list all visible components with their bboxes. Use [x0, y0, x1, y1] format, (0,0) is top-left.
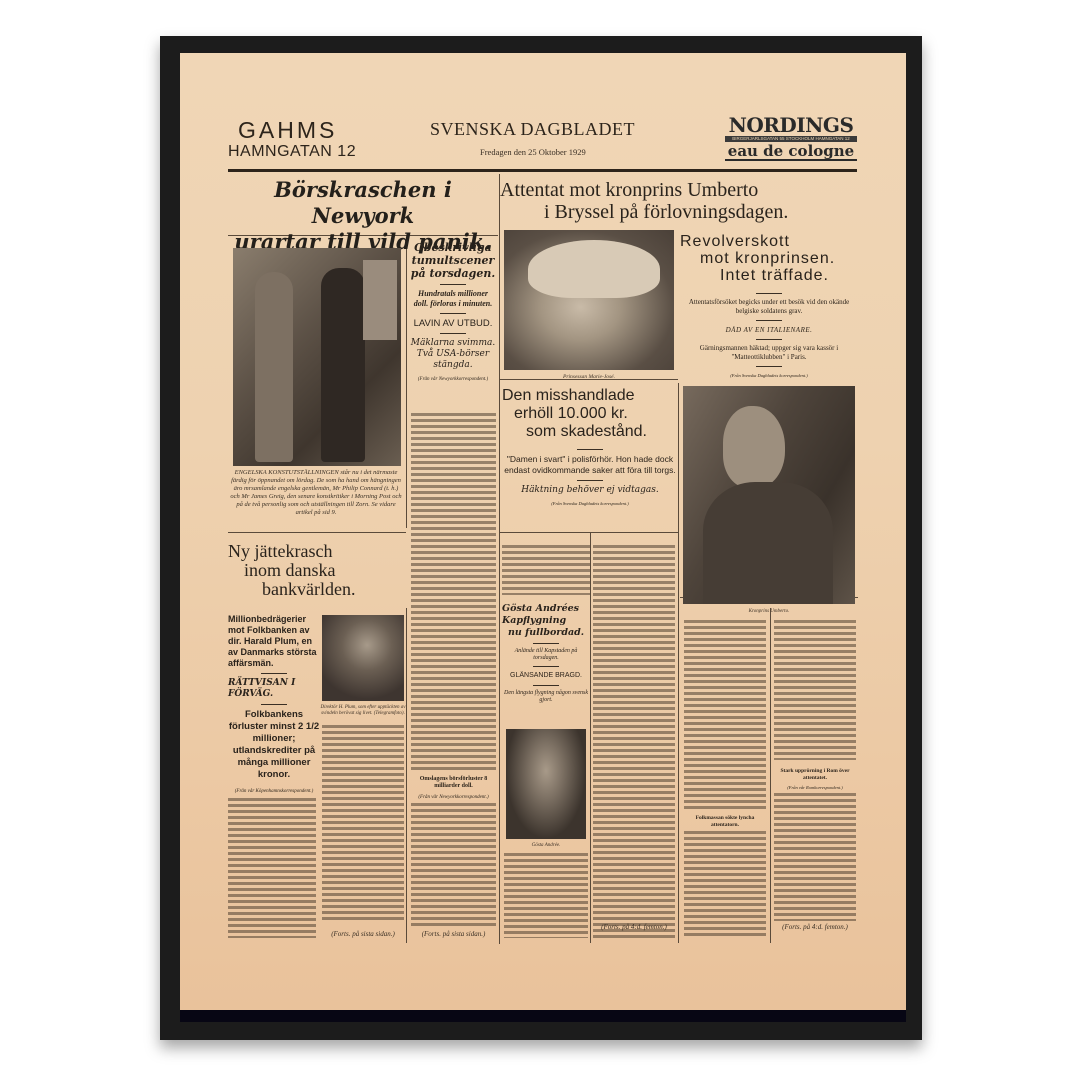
danish-subhead-1: Millionbedrägerier mot Folkbanken av dir…	[228, 614, 320, 669]
attentat-subhead-3: Gärningsmannen häktad; uppger sig vara k…	[680, 344, 858, 362]
left-ad-subtitle: HAMNGATAN 12	[228, 143, 356, 161]
crash-subhead-2: Hundratals millioner doll. förloras i mi…	[410, 289, 496, 309]
photo-crown-prince-umberto	[683, 386, 855, 604]
divider	[756, 293, 782, 294]
masthead-rule	[228, 169, 857, 172]
attentat-body-text-4	[774, 793, 856, 921]
column-divider	[499, 174, 500, 944]
attentat-body-text-3	[684, 831, 766, 936]
newspaper-page: GAHMS HAMNGATAN 12 SVENSKA DAGBLADET Fre…	[180, 53, 906, 1010]
section-rule	[228, 532, 406, 533]
damages-subhead-1: "Damen i svart" i polisförhör. Hon hade …	[502, 454, 678, 476]
crash-subhead-4: Mäklarna svimma. Två USA-börser stängda.	[410, 338, 496, 371]
attentat-subhead-2: DÅD AV EN ITALIENARE.	[680, 325, 858, 335]
headline-line: Kapflygning	[502, 615, 590, 627]
newspaper-title: SVENSKA DAGBLADET	[430, 119, 635, 140]
photo-art-exhibition	[233, 248, 401, 466]
photo-caption-princess: Prinsessan Marie-José.	[504, 373, 674, 381]
attentat-continued: (Forts. på 4:d. femton.)	[774, 923, 856, 931]
photo-gosta-andree	[506, 729, 586, 839]
damages-subheads: "Damen i svart" i polisförhör. Hon hade …	[502, 445, 678, 509]
headline-line: Den misshandlade	[502, 387, 678, 405]
column-divider	[770, 608, 771, 943]
crash-subhead-3: LAVIN AV UTBUD.	[410, 318, 496, 329]
divider	[440, 284, 466, 285]
damages-body-text-2	[593, 545, 675, 940]
headline-line: bankvärlden.	[228, 580, 404, 599]
headline-line: erhöll 10.000 kr.	[502, 405, 678, 423]
crash-subhead-billions: Omslagens börsförluster 8 milliarder dol…	[411, 776, 496, 790]
headline-line: som skadestånd.	[502, 423, 678, 441]
andree-article: Gösta Andrées Kapflygning nu fullbordad.…	[502, 603, 590, 704]
divider	[533, 643, 559, 644]
frame-inner-edge	[180, 1010, 906, 1022]
headline-line: Ny jättekrasch	[228, 542, 404, 561]
headline-line: Revolverskott	[680, 233, 858, 250]
attentat-subhead-1: Attentatsförsöket begicks under ett besö…	[680, 298, 858, 316]
crash-body-text	[411, 413, 496, 773]
section-rule	[500, 532, 678, 533]
figure-silhouette	[321, 268, 365, 462]
danish-subhead-3: Folkbankens förluster minst 2 1/2 millio…	[228, 709, 320, 781]
headline-line: mot kronprinsen.	[680, 250, 858, 267]
headline-line: nu fullbordad.	[502, 627, 590, 639]
andree-subhead-2: GLÄNSANDE BRAGD.	[502, 671, 590, 681]
headline-line: Attentat mot kronprins Umberto	[500, 179, 860, 201]
divider	[533, 666, 559, 667]
damages-continued: (Forts. på 4:d. femton.)	[593, 923, 675, 931]
andree-body-text	[504, 853, 588, 938]
column-divider	[406, 238, 407, 528]
headline-line: i Bryssel på förlovningsdagen.	[500, 201, 860, 223]
divider	[756, 339, 782, 340]
photo-princess-marie-jose	[504, 230, 674, 370]
hat-shape	[528, 240, 660, 298]
danish-subhead-2: RÄTTVISAN I FÖRVÄG.	[228, 678, 320, 700]
attentat-subhead-lynch: Folkmassan sökte lyncha attentatorn.	[684, 815, 766, 828]
column-divider	[406, 608, 407, 943]
crash-dateline: (Från vår Newyorkkorrespondent.)	[410, 375, 496, 385]
andree-subhead-3: Den längsta flygning någon svensk gjort.	[502, 690, 590, 704]
divider	[261, 704, 287, 705]
crash-subhead-1: Obeskrivliga tumultscener på torsdagen.	[410, 241, 496, 280]
attentat-dateline: (Från Svenska Dagbladets korrespondent.)	[680, 371, 858, 381]
uniform-silhouette	[703, 482, 833, 604]
headline-damages: Den misshandlade erhöll 10.000 kr. som s…	[502, 387, 678, 441]
crash-subheads: Obeskrivliga tumultscener på torsdagen. …	[410, 241, 496, 385]
photo-caption-umberto: Kronprins Umberto.	[683, 608, 855, 616]
attentat-body-text-1	[684, 620, 766, 812]
right-ad: NORDINGS BIRGERJARLSGATAN 55 STOCKHOLM H…	[725, 115, 857, 161]
divider	[756, 366, 782, 367]
headline-line: Börskraschen i Newyork	[228, 177, 498, 229]
headline-line: inom danska	[228, 561, 404, 580]
crash-continued: (Forts. på sista sidan.)	[411, 930, 496, 938]
andree-subhead-1: Anlände till Kapstaden på torsdagen.	[502, 648, 590, 662]
left-ad-title: GAHMS	[238, 117, 337, 144]
headline-danish: Ny jättekrasch inom danska bankvärlden.	[228, 542, 404, 599]
danish-continued: (Forts. på sista sidan.)	[322, 930, 404, 938]
attentat-body-text-2	[774, 620, 856, 760]
danish-subheads: Millionbedrägerier mot Folkbanken av dir…	[228, 614, 320, 781]
divider	[577, 449, 603, 450]
attentat-subhead-rome: Stark upprörning i Rom över attentatet.	[774, 768, 856, 781]
headline-line: Intet träffade.	[680, 267, 858, 284]
head-silhouette	[723, 406, 785, 488]
painting	[363, 260, 397, 340]
divider	[440, 333, 466, 334]
figure-silhouette	[255, 272, 293, 462]
attentat-subheads: Attentatsförsöket begicks under ett besö…	[680, 289, 858, 381]
photo-caption-plum: Direktör H. Plum, som efter upptäckten a…	[320, 705, 406, 717]
divider	[440, 313, 466, 314]
danish-body-text-right	[322, 725, 404, 920]
danish-body-text-left	[228, 798, 316, 938]
column-divider	[678, 383, 679, 943]
danish-dateline: (Från vår Köpenhamnskorrespondent.)	[228, 787, 320, 797]
crash-body-text-2	[411, 803, 496, 928]
crash-subhead-dateline: (Från vår Newyorkkorrespondent.)	[411, 793, 496, 803]
photo-caption-exhibition: ENGELSKA KONSTUTSTÄLLNINGEN står nu i de…	[230, 469, 402, 517]
divider	[261, 673, 287, 674]
damages-dateline: (Från Svenska Dagbladets korrespondent.)	[502, 499, 678, 509]
headline-attentat: Attentat mot kronprins Umberto i Bryssel…	[500, 179, 860, 223]
damages-subhead-2: Häktning behöver ej vidtagas.	[502, 485, 678, 495]
right-ad-title: NORDINGS	[725, 115, 857, 135]
headline-revolver: Revolverskott mot kronprinsen. Intet trä…	[680, 233, 858, 284]
column-divider	[590, 533, 591, 943]
photo-harald-plum	[322, 615, 404, 701]
divider	[577, 480, 603, 481]
divider	[533, 685, 559, 686]
divider	[756, 320, 782, 321]
headline-andree: Gösta Andrées Kapflygning nu fullbordad.	[502, 603, 590, 639]
attentat-rome-dateline: (Från vår Romkorrespondent.)	[774, 783, 856, 793]
damages-body-text-1	[502, 545, 590, 595]
photo-caption-andree: Gösta Andrée.	[506, 842, 586, 850]
issue-date: Fredagen den 25 Oktober 1929	[480, 147, 586, 157]
headline-line: Gösta Andrées	[502, 603, 590, 615]
right-ad-subtitle: eau de cologne	[725, 143, 857, 161]
